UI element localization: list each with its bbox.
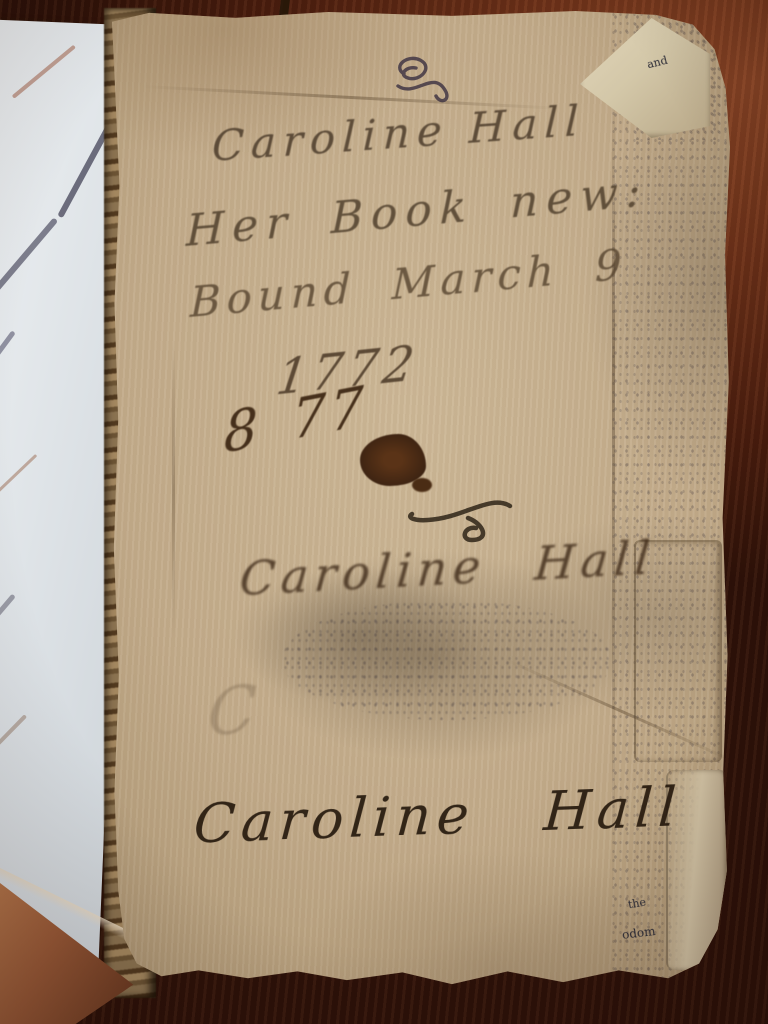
inscription-bound-march: Bound March 9 — [190, 240, 628, 328]
inscription-faint-initial: C — [207, 671, 258, 753]
bleedthrough-stroke — [0, 217, 58, 343]
bleedthrough-stroke — [12, 45, 76, 99]
bleedthrough-stroke — [0, 714, 27, 795]
ink-monogram-flourish — [390, 52, 470, 112]
ink-blot-small — [412, 478, 432, 492]
photo-antique-book-flyleaf: and the odom Caroline Hall Her Book new:… — [0, 0, 768, 1024]
bleedthrough-stroke — [0, 594, 16, 700]
bleedthrough-stroke — [0, 330, 16, 438]
ink-smudge-speckles — [282, 600, 612, 720]
inscription-owner-name-middle: Caroline Hall — [238, 530, 658, 606]
page-crease — [172, 340, 175, 640]
inscription-numbers: 8 77 — [223, 373, 368, 465]
parchment-flyleaf-page: and the odom Caroline Hall Her Book new:… — [112, 10, 730, 988]
bleedthrough-stroke — [0, 454, 37, 522]
